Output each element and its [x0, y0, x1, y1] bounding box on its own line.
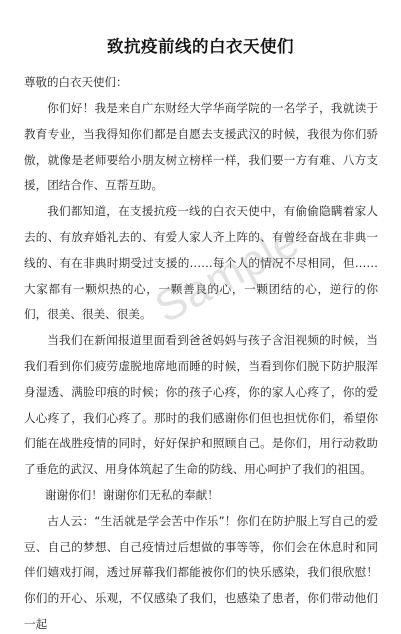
- paragraph-intro: 你们好！我是来自广东财经大学华商学院的一名学子，我就读于教育专业，当我得知你们都…: [24, 96, 378, 199]
- paragraph-angels: 我们都知道，在支援抗疫一线的白衣天使中，有偷偷隐瞒着家人去的、有放弃婚礼去的、有…: [24, 199, 378, 328]
- salutation: 尊敬的白衣天使们：: [24, 74, 128, 90]
- letter-body: 你们好！我是来自广东财经大学华商学院的一名学子，我就读于教育专业，当我得知你们都…: [24, 96, 378, 634]
- document-title: 致抗疫前线的白衣天使们: [0, 33, 401, 57]
- document-page: 致抗疫前线的白衣天使们 尊敬的白衣天使们： 你们好！我是来自广东财经大学华商学院…: [0, 0, 401, 634]
- paragraph-thanks: 谢谢你们！谢谢你们无私的奉献！: [24, 483, 378, 509]
- paragraph-news: 当我们在新闻报道里面看到爸爸妈妈与孩子含泪视频的时候，当我们看到你们疲劳虚脱地席…: [24, 328, 378, 483]
- paragraph-optimism: 古人云：“生活就是学会苦中作乐”！你们在防护服上写自己的爱豆、自己的梦想、自己疫…: [24, 509, 378, 634]
